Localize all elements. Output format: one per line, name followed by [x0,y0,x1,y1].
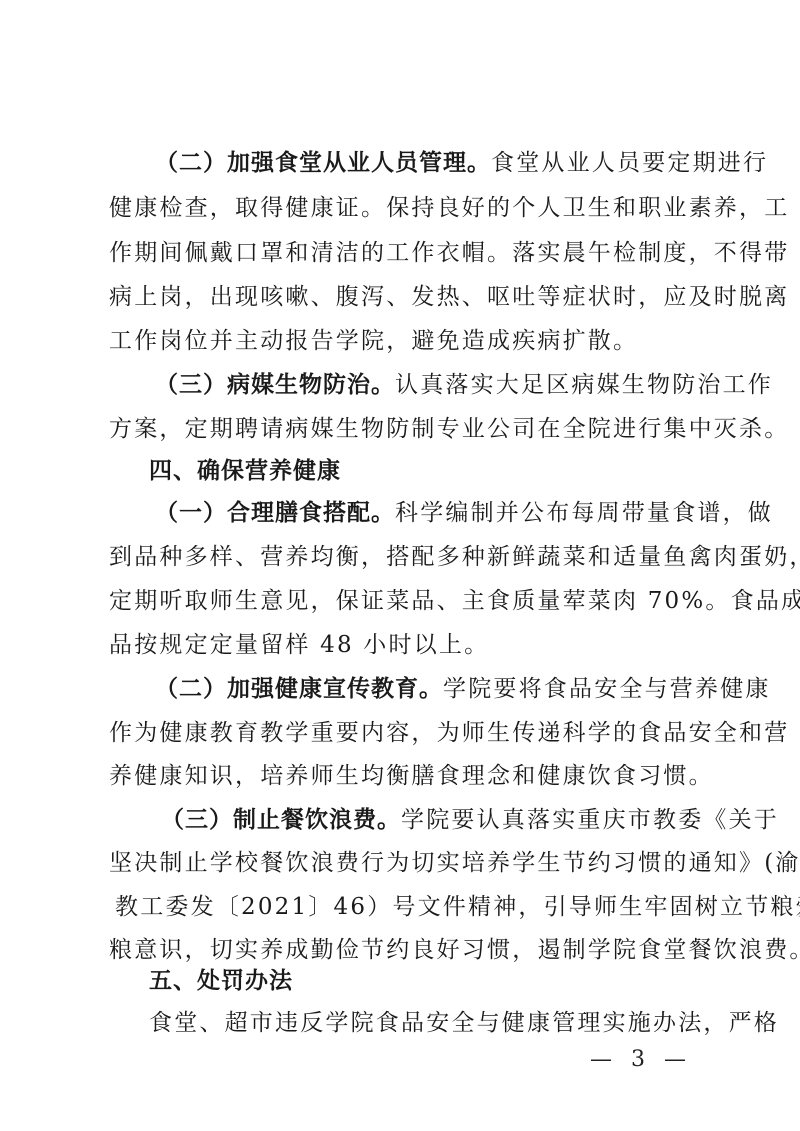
paragraph-line: 作期间佩戴口罩和清洁的工作衣帽。落实晨午检制度，不得带 [109,235,711,271]
paragraph-line: 定期听取师生意见，保证菜品、主食质量荤菜肉 70%。食品成 [109,583,711,619]
paragraph-line: （二）加强食堂从业人员管理。食堂从业人员要定期进行 [155,145,711,181]
paragraph-line: （二）加强健康宣传教育。学院要将食品安全与营养健康 [155,671,711,707]
paragraph-line: 坚决制止学校餐饮浪费行为切实培养学生节约习惯的通知》(渝 [109,845,711,881]
paragraph-line: （一）合理膳食搭配。科学编制并公布每周带量食谱，做 [155,495,711,531]
paragraph-line: 教工委发〔2021〕46）号文件精神，引导师生牢固树立节粮爱 [115,889,711,925]
page-number: — 3 — [590,1045,692,1075]
paragraph-lead: （三）病媒生物防治。 [155,372,395,398]
paragraph-line: 养健康知识，培养师生均衡膳食理念和健康饮食习惯。 [109,758,711,794]
paragraph-text: 学院要将食品安全与营养健康 [443,676,771,702]
paragraph-line: 病上岗，出现咳嗽、腹泻、发热、呕吐等症状时，应及时脱离 [109,279,711,315]
paragraph-line: （三）制止餐饮浪费。学院要认真落实重庆市教委《关于 [161,802,711,838]
paragraph-lead: （三）制止餐饮浪费。 [161,807,401,833]
paragraph-lead: （一）合理膳食搭配。 [155,500,395,526]
paragraph-line: 作为健康教育教学重要内容，为师生传递科学的食品安全和营 [109,715,711,751]
paragraph-line: 到品种多样、营养均衡，搭配多种新鲜蔬菜和适量鱼禽肉蛋奶， [109,539,711,575]
paragraph-line: （三）病媒生物防治。认真落实大足区病媒生物防治工作 [155,367,711,403]
paragraph-line: 工作岗位并主动报告学院，避免造成疾病扩散。 [109,323,711,359]
paragraph-lead: （二）加强健康宣传教育。 [155,676,443,702]
paragraph-text: 科学编制并公布每周带量食谱，做 [395,500,773,526]
paragraph-line: 食堂、超市违反学院食品安全与健康管理实施办法，严格 [149,1005,711,1041]
section-heading-4: 四、确保营养健康 [149,453,341,489]
section-heading-5: 五、处罚办法 [149,963,293,999]
paragraph-lead: （二）加强食堂从业人员管理。 [155,150,491,176]
paragraph-text: 认真落实大足区病媒生物防治工作 [395,372,773,398]
paragraph-text: 学院要认真落实重庆市教委《关于 [401,807,779,833]
paragraph-text: 食堂从业人员要定期进行 [491,150,768,176]
paragraph-line: 品按规定定量留样 48 小时以上。 [109,627,711,663]
paragraph-line: 健康检查，取得健康证。保持良好的个人卫生和职业素养，工 [109,190,711,226]
paragraph-line: 方案，定期聘请病媒生物防制专业公司在全院进行集中灭杀。 [109,411,711,447]
document-page: （二）加强食堂从业人员管理。食堂从业人员要定期进行 健康检查，取得健康证。保持良… [0,0,800,1131]
